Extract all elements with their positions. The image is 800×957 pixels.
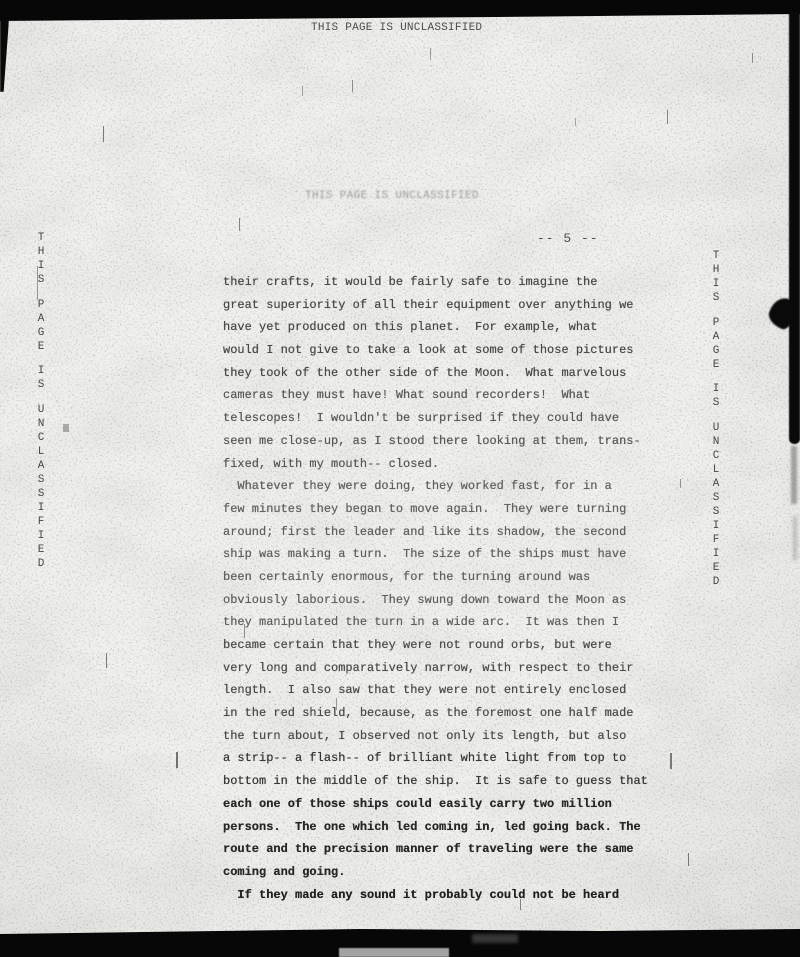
classification-letter: A — [34, 461, 48, 472]
classification-banner-top: THIS PAGE IS UNCLASSIFIED — [311, 22, 482, 34]
classification-letter: D — [34, 559, 48, 570]
text-line: cameras they must have! What sound recor… — [223, 384, 648, 407]
text-line: seen me close-up, as I stood there looki… — [223, 430, 648, 453]
scan-artifact-right-edge — [789, 12, 800, 444]
classification-letter: L — [709, 465, 723, 476]
scan-scratch-mark — [302, 86, 303, 96]
text-line: they took of the other side of the Moon.… — [223, 362, 648, 385]
classification-letter: E — [709, 360, 723, 371]
scan-scratch-mark — [670, 753, 672, 769]
faded-classification-stamp: THIS PAGE IS UNCLASSIFIED — [305, 190, 479, 202]
bottom-bar-smudge — [472, 934, 518, 943]
classification-letter: S — [34, 380, 48, 391]
word-gap — [34, 356, 48, 363]
word-gap — [34, 394, 48, 401]
scan-scratch-mark — [752, 53, 753, 63]
classification-letter: T — [34, 233, 48, 244]
text-line: route and the precision manner of travel… — [223, 838, 648, 861]
classification-letter: S — [709, 507, 723, 518]
text-line: great superiority of all their equipment… — [223, 294, 648, 317]
classification-letter: S — [34, 275, 48, 286]
classification-letter: I — [709, 279, 723, 290]
cutoff-stamp-fragment — [339, 948, 449, 957]
text-line: ship was making a turn. The size of the … — [223, 543, 648, 566]
word-gap — [709, 412, 723, 419]
classification-letter: I — [709, 549, 723, 560]
classification-letter: P — [709, 318, 723, 329]
classification-letter: H — [709, 265, 723, 276]
scan-scratch-mark — [239, 218, 240, 231]
text-line: telescopes! I wouldn't be surprised if t… — [223, 407, 648, 430]
classification-letter: I — [34, 366, 48, 377]
classification-letter: A — [34, 314, 48, 325]
classification-letter: P — [34, 300, 48, 311]
classification-letter: F — [709, 535, 723, 546]
word-gap — [709, 374, 723, 381]
classification-letter: I — [34, 503, 48, 514]
text-line: If they made any sound it probably could… — [223, 884, 648, 907]
page-number: -- 5 -- — [537, 231, 599, 246]
classification-letter: I — [34, 261, 48, 272]
text-line: would I not give to take a look at some … — [223, 339, 648, 362]
classification-letter: G — [709, 346, 723, 357]
scan-artifact-right-tail — [793, 516, 797, 560]
classification-letter: N — [34, 419, 48, 430]
classification-letter: I — [709, 384, 723, 395]
text-line: persons. The one which led coming in, le… — [223, 816, 648, 839]
text-line: coming and going. — [223, 861, 648, 884]
text-line: have yet produced on this planet. For ex… — [223, 316, 648, 339]
text-line: the turn about, I observed not only its … — [223, 725, 648, 748]
text-line: around; first the leader and like its sh… — [223, 521, 648, 544]
scan-scratch-mark — [106, 653, 107, 668]
classification-letter: D — [709, 577, 723, 588]
classification-letter: N — [709, 437, 723, 448]
scan-scratch-mark — [430, 48, 431, 60]
word-gap — [709, 307, 723, 314]
classification-letter: I — [709, 521, 723, 532]
text-line: they manipulated the turn in a wide arc.… — [223, 611, 648, 634]
classification-letter: A — [709, 332, 723, 343]
classification-letter: S — [34, 475, 48, 486]
scan-scratch-mark — [103, 126, 104, 142]
classification-letter: A — [709, 479, 723, 490]
classification-letter: C — [709, 451, 723, 462]
scanned-document-page: THIS PAGE IS UNCLASSIFIED THIS PAGE IS U… — [0, 0, 800, 957]
classification-letter: S — [709, 493, 723, 504]
scan-artifact-left-edge — [0, 20, 9, 92]
scan-scratch-mark — [667, 110, 668, 124]
text-line: in the red shield, because, as the forem… — [223, 702, 648, 725]
text-line: length. I also saw that they were not en… — [223, 679, 648, 702]
text-line: each one of those ships could easily car… — [223, 793, 648, 816]
classification-letter: E — [34, 342, 48, 353]
classification-letter: T — [709, 251, 723, 262]
classification-letter: S — [709, 398, 723, 409]
classification-letter: C — [34, 433, 48, 444]
text-line: obviously laborious. They swung down tow… — [223, 589, 648, 612]
word-gap — [34, 289, 48, 296]
scan-scratch-mark — [688, 853, 689, 866]
classification-letter: G — [34, 328, 48, 339]
text-line: became certain that they were not round … — [223, 634, 648, 657]
scan-scratch-mark — [63, 424, 69, 432]
text-line: been certainly enormous, for the turning… — [223, 566, 648, 589]
text-line: bottom in the middle of the ship. It is … — [223, 770, 648, 793]
classification-text-right: THISPAGEISUNCLASSIFIED — [709, 251, 723, 587]
classification-letter: H — [34, 247, 48, 258]
classification-text-left: THISPAGEISUNCLASSIFIED — [34, 233, 48, 569]
scan-scratch-mark — [575, 118, 576, 126]
classification-letter: E — [709, 563, 723, 574]
classification-letter: L — [34, 447, 48, 458]
scan-scratch-mark — [680, 479, 681, 488]
text-line: few minutes they began to move again. Th… — [223, 498, 648, 521]
scan-scratch-mark — [352, 80, 353, 92]
classification-letter: E — [34, 545, 48, 556]
scan-scratch-mark — [176, 752, 178, 768]
classification-letter: U — [34, 405, 48, 416]
text-line: very long and comparatively narrow, with… — [223, 657, 648, 680]
classification-letter: S — [709, 293, 723, 304]
text-line: their crafts, it would be fairly safe to… — [223, 271, 648, 294]
classification-letter: F — [34, 517, 48, 528]
text-line: Whatever they were doing, they worked fa… — [223, 475, 648, 498]
classification-letter: S — [34, 489, 48, 500]
document-body: their crafts, it would be fairly safe to… — [223, 271, 648, 906]
scan-artifact-right-tail — [791, 446, 797, 504]
classification-letter: I — [34, 531, 48, 542]
text-line: fixed, with my mouth-- closed. — [223, 453, 648, 476]
scan-artifact-top-bar — [0, 0, 800, 22]
text-line: a strip-- a flash-- of brilliant white l… — [223, 747, 648, 770]
classification-letter: U — [709, 423, 723, 434]
